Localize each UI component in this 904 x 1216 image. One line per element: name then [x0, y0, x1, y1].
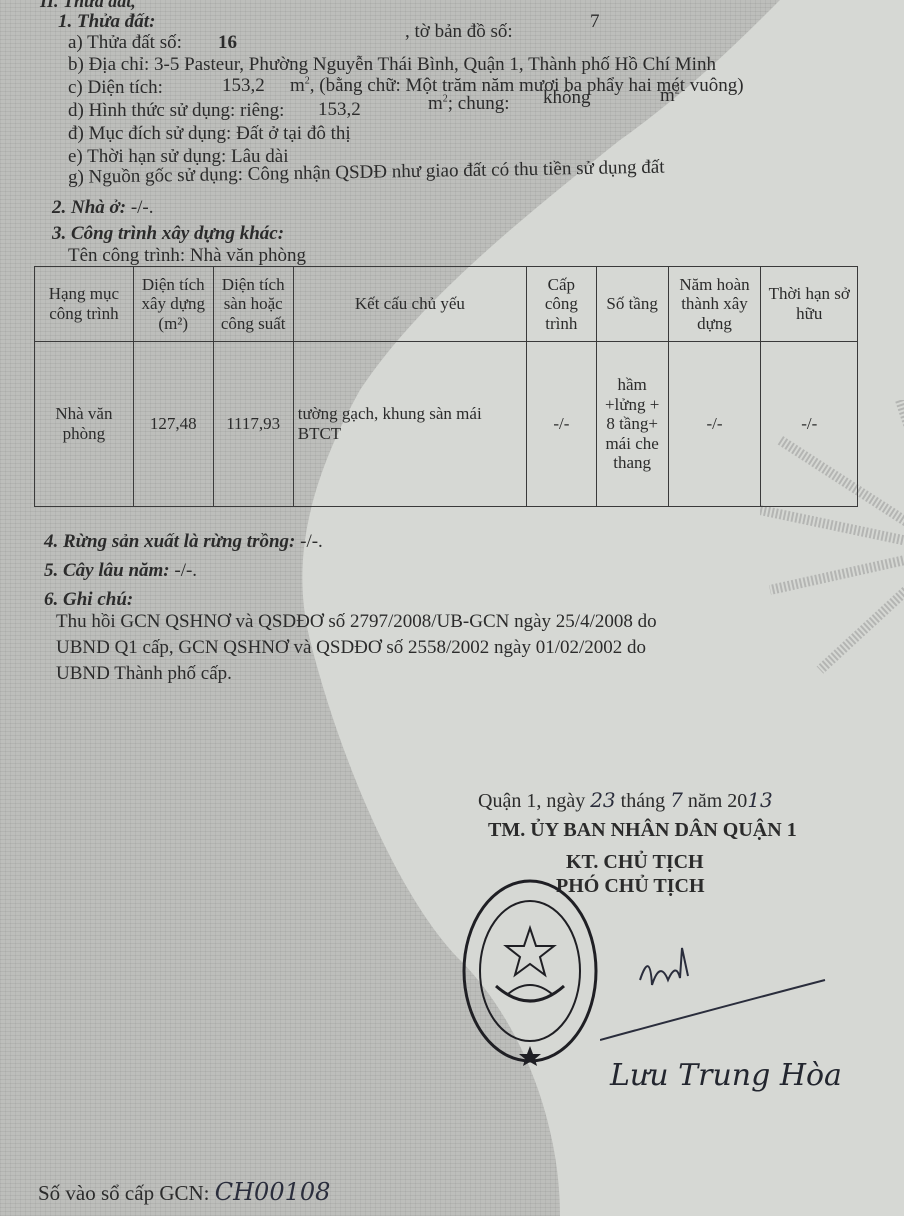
address-label: b) Địa chỉ:: [68, 54, 149, 75]
registry-label: Số vào sổ cấp GCN:: [38, 1181, 210, 1205]
construction-table: Hạng mục công trình Diện tích xây dựng (…: [34, 266, 858, 507]
header-item: Hạng mục công trình: [35, 267, 134, 342]
signature-icon: [600, 940, 830, 1050]
map-sheet-number: 7: [590, 12, 600, 31]
place-date: Quận 1, ngày 23 tháng 7 năm 2013: [478, 790, 773, 811]
cell-ownership-term: -/-: [761, 342, 858, 507]
year-label: năm 20: [688, 790, 747, 812]
purpose-value: Đất ở tại đô thị: [236, 123, 351, 144]
role-line-1: KT. CHỦ TỊCH: [566, 852, 704, 872]
month-label: tháng: [621, 790, 665, 812]
day-handwritten: 23: [590, 788, 615, 812]
address-row: b) Địa chỉ: 3-5 Pasteur, Phường Nguyễn T…: [68, 55, 716, 74]
notes-line-2: UBND Q1 cấp, GCN QSHNƠ và QSDĐƠ số 2558/…: [56, 638, 646, 657]
header-year-completed: Năm hoàn thành xây dựng: [668, 267, 761, 342]
perennial-trees-heading: 5. Cây lâu năm:: [44, 560, 170, 581]
other-construction-heading: 3. Công trình xây dựng khác:: [52, 224, 284, 243]
month-handwritten: 7: [670, 788, 683, 812]
construction-name-row: Tên công trình: Nhà văn phòng: [68, 246, 306, 265]
address-value: 3-5 Pasteur, Phường Nguyễn Thái Bình, Qu…: [154, 54, 716, 75]
cell-grade: -/-: [527, 342, 597, 507]
authority-title: TM. ỦY BAN NHÂN DÂN QUẬN 1: [488, 820, 797, 840]
header-ownership-term: Thời hạn sở hữu: [761, 267, 858, 342]
cell-floors: hầm +lửng + 8 tầng+ mái che thang: [596, 342, 668, 507]
notes-line-3: UBND Thành phố cấp.: [56, 664, 232, 683]
land-use-certificate-page: II. Thửa đất, 1. Thửa đất: a) Thửa đất s…: [0, 0, 904, 1216]
place-date-prefix: Quận 1, ngày: [478, 790, 585, 812]
signer-name: Lưu Trung Hòa: [610, 1058, 842, 1093]
unit-sup-2: 2: [675, 86, 680, 97]
year-handwritten: 13: [747, 788, 772, 812]
cell-item: Nhà văn phòng: [35, 342, 134, 507]
usage-shared-value: không: [543, 88, 591, 107]
map-sheet-label: , tờ bản đồ số:: [405, 22, 513, 41]
header-floors: Số tầng: [596, 267, 668, 342]
notes-heading: 6. Ghi chú:: [44, 590, 133, 609]
section-heading-partial: II. Thửa đất,: [40, 0, 136, 10]
table-header-row: Hạng mục công trình Diện tích xây dựng (…: [35, 267, 858, 342]
registry-number-handwritten: CH00108: [215, 1178, 331, 1206]
production-forest-heading: 4. Rừng sản xuất là rừng trồng:: [44, 531, 295, 552]
plot-number-row: a) Thửa đất số:: [68, 33, 182, 52]
production-forest-row: 4. Rừng sản xuất là rừng trồng: -/-.: [44, 532, 323, 551]
house-row: 2. Nhà ở: -/-.: [52, 198, 154, 217]
perennial-trees-row: 5. Cây lâu năm: -/-.: [44, 561, 197, 580]
usage-shared-unit: m2: [660, 86, 680, 105]
usage-private-value: 153,2: [318, 100, 361, 119]
plot-number-value: 16: [218, 33, 237, 52]
table-row: Nhà văn phòng 127,48 1117,93 tường gạch,…: [35, 342, 858, 507]
registry-row: Số vào sổ cấp GCN: CH00108: [38, 1180, 330, 1204]
unit-m-2: m: [660, 85, 675, 106]
cell-structure: tường gạch, khung sàn mái BTCT: [293, 342, 526, 507]
area-label: c) Diện tích:: [68, 77, 163, 98]
cell-year-completed: -/-: [668, 342, 761, 507]
house-heading: 2. Nhà ở:: [52, 197, 126, 218]
area-unit: m: [290, 75, 305, 96]
header-floor-area: Diện tích sàn hoặc công suất: [213, 267, 293, 342]
purpose-row: đ) Mục đích sử dụng: Đất ở tại đô thị: [68, 124, 351, 143]
origin-value: Công nhận QSDĐ như giao đất có thu tiền …: [247, 157, 664, 185]
usage-form-label: d) Hình thức sử dụng: riêng:: [68, 101, 284, 120]
construction-name-value: Nhà văn phòng: [190, 245, 306, 266]
usage-shared-label: ; chung:: [448, 93, 510, 114]
unit-m: m: [428, 93, 443, 114]
notes-line-1: Thu hồi GCN QSHNƠ và QSDĐƠ số 2797/2008/…: [56, 612, 657, 631]
cell-build-area: 127,48: [133, 342, 213, 507]
origin-label: g) Nguồn gốc sử dụng:: [68, 164, 243, 188]
header-grade: Cấp công trình: [527, 267, 597, 342]
cell-floor-area: 1117,93: [213, 342, 293, 507]
area-value: 153,2: [222, 76, 265, 95]
usage-shared-row: m2; chung:: [428, 94, 510, 113]
area-row: c) Diện tích:: [68, 78, 163, 97]
house-value: -/-.: [131, 197, 154, 218]
purpose-label: đ) Mục đích sử dụng:: [68, 123, 231, 144]
production-forest-value: -/-.: [300, 531, 323, 552]
plot-number-label: a) Thửa đất số:: [68, 32, 182, 53]
official-seal-icon: [460, 876, 600, 1066]
header-build-area: Diện tích xây dựng (m²): [133, 267, 213, 342]
land-plot-heading: 1. Thửa đất:: [58, 12, 155, 31]
perennial-trees-value: -/-.: [174, 560, 197, 581]
construction-name-label: Tên công trình:: [68, 245, 185, 266]
header-structure: Kết cấu chủ yếu: [293, 267, 526, 342]
